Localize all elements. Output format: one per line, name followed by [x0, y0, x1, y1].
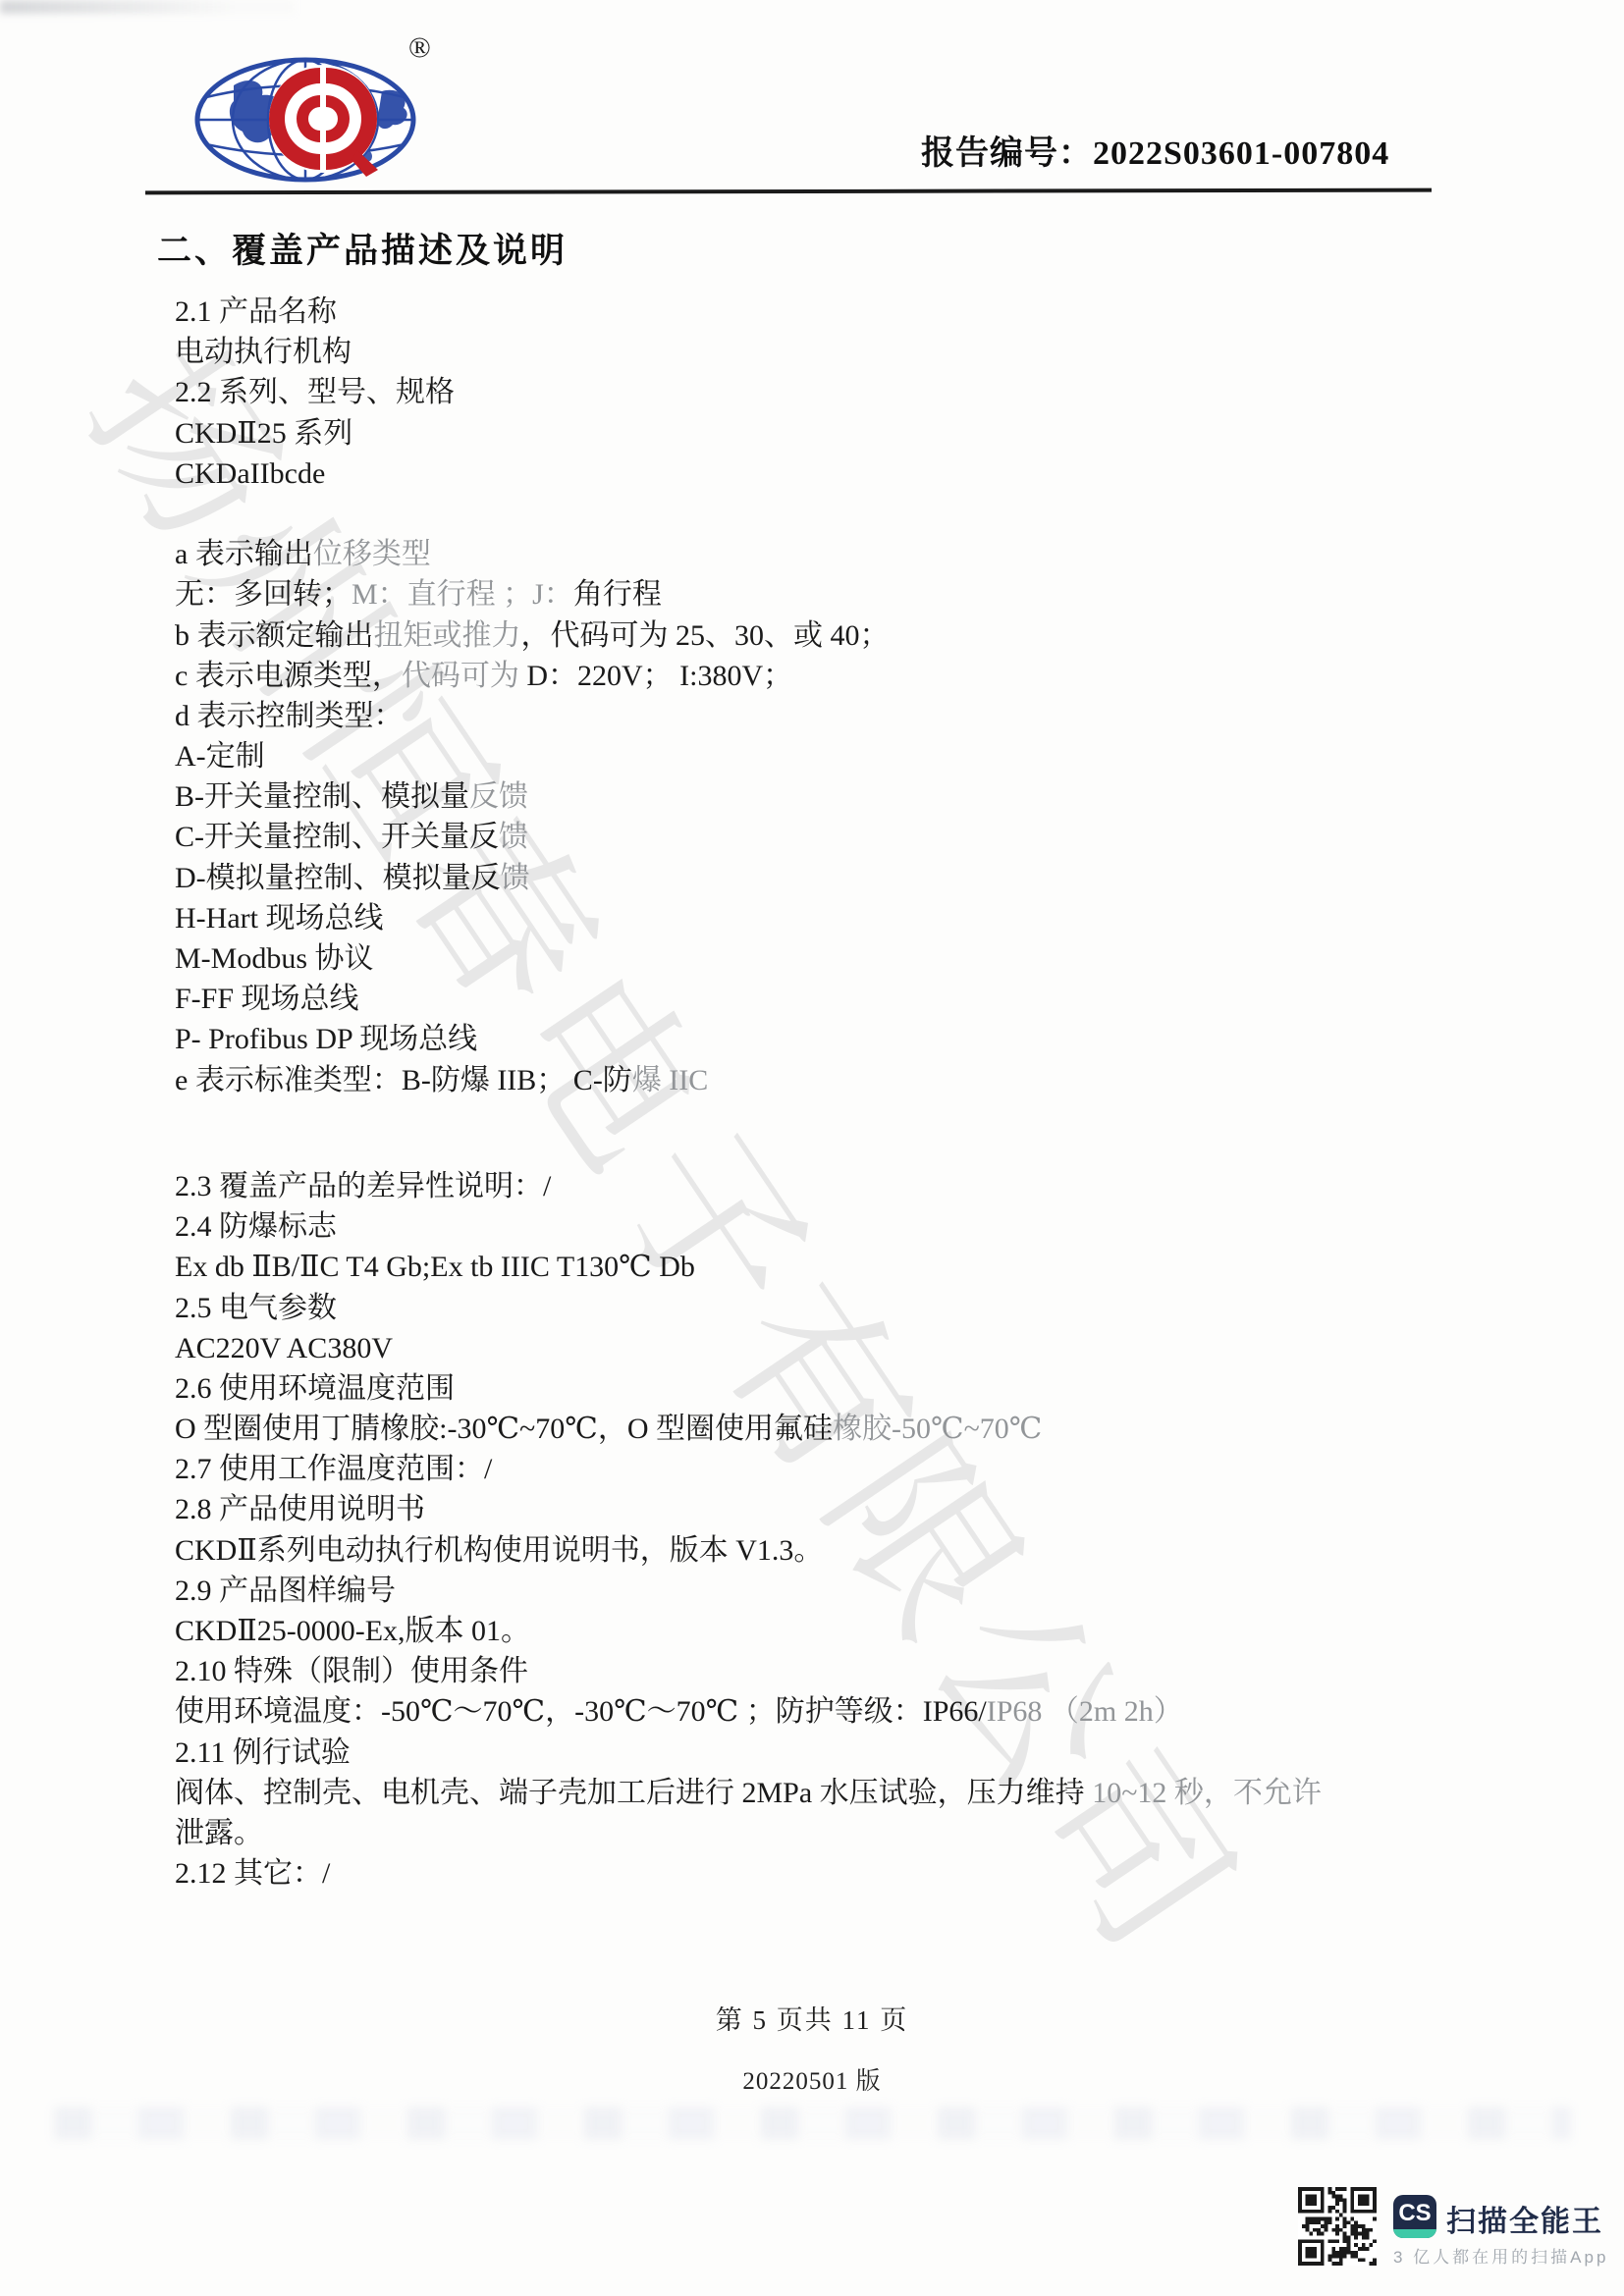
body-line: A-定制: [175, 736, 1510, 776]
body-line: F-FF 现场总线: [175, 979, 1510, 1019]
text-segment: H-Hart 现场总线: [175, 902, 383, 934]
text-segment-light: 橡胶-50℃~70℃: [833, 1413, 1042, 1445]
text-segment: P- Profibus DP 现场总线: [175, 1023, 477, 1055]
camscanner-tagline: 3 亿人都在用的扫描App: [1393, 2243, 1608, 2268]
body-line: CKDⅡ系列电动执行机构使用说明书，版本 V1.3。: [175, 1530, 1510, 1571]
body-line: 阀体、控制壳、电机壳、端子壳加工后进行 2MPa 水压试验，压力维持 10~12…: [175, 1773, 1510, 1813]
text-segment: CKDaIIbcde: [175, 457, 325, 490]
text-segment: 2.9 产品图样编号: [175, 1575, 396, 1607]
body-line: 使用环境温度：-50℃～70℃，-30℃～70℃ ；防护等级：IP66/IP68…: [175, 1691, 1510, 1732]
scanned-document-page: 扬州恒春电子有限公司 ® 报告编号：2022S03601-007804 二、覆盖…: [0, 0, 1624, 2296]
text-segment: C-开关量控制、开关量反: [175, 821, 499, 853]
body-line: 2.12 其它：/: [175, 1853, 1510, 1894]
blank-line: [175, 1100, 1510, 1141]
text-segment: CKDⅡ25 系列: [175, 417, 352, 450]
body-line: 2.7 使用工作温度范围：/: [175, 1449, 1510, 1489]
text-segment: D-模拟量控制、模拟量反: [175, 862, 501, 894]
body-line: a 表示输出位移类型: [175, 534, 1510, 574]
body-line: 2.11 例行试验: [175, 1733, 1510, 1773]
text-segment-light: 反馈: [469, 780, 528, 813]
text-segment: a 表示输出: [175, 538, 313, 570]
camscanner-app-name: 扫描全能王: [1446, 2197, 1603, 2240]
body-line: 2.1 产品名称: [175, 292, 1510, 332]
text-segment: 2.7 使用工作温度范围：/: [175, 1453, 492, 1485]
body-line: 2.4 防爆标志: [175, 1206, 1510, 1247]
body-line: M-Modbus 协议: [175, 938, 1510, 979]
text-segment: 2.12 其它：/: [175, 1857, 330, 1890]
body-line: d 表示控制类型：: [175, 696, 1510, 736]
text-segment: Ex db ⅡB/ⅡC T4 Gb;Ex tb IIIC T130℃ Db: [175, 1251, 695, 1283]
body-line: Ex db ⅡB/ⅡC T4 Gb;Ex tb IIIC T130℃ Db: [175, 1247, 1510, 1287]
text-segment-light: 代码可为: [402, 660, 519, 692]
text-segment-light: 10~12 秒，不允许: [1092, 1777, 1322, 1809]
body-line: e 表示标准类型：B-防爆 IIB； C-防爆 IIC: [175, 1060, 1510, 1100]
body-line: 电动执行机构: [175, 332, 1510, 372]
company-globe-logo: [192, 55, 418, 189]
text-segment: c 表示电源类型，: [175, 660, 402, 692]
body-line: 2.8 产品使用说明书: [175, 1489, 1510, 1529]
text-segment: 使用环境温度：-50℃～70℃，-30℃～70℃ ；防护等级：IP66/: [175, 1695, 987, 1728]
body-line: 2.10 特殊（限制）使用条件: [175, 1651, 1510, 1691]
text-segment-light: IP68 （2m 2h）: [987, 1695, 1183, 1728]
body-line: C-开关量控制、开关量反馈: [175, 817, 1510, 857]
text-segment: D：220V； I:380V；: [519, 660, 792, 692]
text-segment: B-开关量控制、模拟量: [175, 780, 469, 813]
body-line: 无：多回转；M：直行程 ；J：角行程: [175, 574, 1510, 614]
text-segment: 阀体、控制壳、电机壳、端子壳加工后进行 2MPa 水压试验，压力维持: [175, 1777, 1092, 1809]
body-line: 泄露。: [175, 1813, 1510, 1853]
report-number: 报告编号：2022S03601-007804: [921, 126, 1389, 174]
globe-emblem-icon: [192, 55, 418, 185]
blank-line: [175, 494, 1510, 534]
body-line: AC220V AC380V: [175, 1328, 1510, 1368]
body-line: b 表示额定输出扭矩或推力，代码可为 25、30、或 40；: [175, 615, 1510, 656]
line-spacer: [175, 1141, 1510, 1166]
text-segment: 2.8 产品使用说明书: [175, 1493, 425, 1525]
registered-trademark-icon: ®: [408, 31, 431, 65]
text-segment: 泄露。: [175, 1817, 263, 1849]
qr-code-icon: [1298, 2187, 1377, 2266]
text-segment: d 表示控制类型：: [175, 700, 404, 732]
text-segment: AC220V AC380V: [175, 1332, 393, 1364]
scan-edge-smudge: [0, 0, 295, 14]
body-line: 2.3 覆盖产品的差异性说明：/: [175, 1166, 1510, 1206]
text-segment-light: 爆 IIC: [632, 1064, 709, 1096]
text-segment: e 表示标准类型：B-防爆 IIB； C-防: [175, 1064, 632, 1096]
text-segment: b 表示额定输出: [175, 619, 374, 652]
camscanner-logo: CS: [1393, 2195, 1436, 2238]
text-segment: 2.3 覆盖产品的差异性说明：/: [175, 1170, 551, 1202]
body-line: H-Hart 现场总线: [175, 898, 1510, 938]
text-segment: F-FF 现场总线: [175, 983, 359, 1015]
text-segment: 2.10 特殊（限制）使用条件: [175, 1655, 528, 1687]
text-segment-light: 位移类型: [313, 538, 431, 570]
text-segment: 2.11 例行试验: [175, 1736, 351, 1769]
text-segment: 2.1 产品名称: [175, 295, 337, 328]
body-line: O 型圈使用丁腈橡胶:-30℃~70℃，O 型圈使用氟硅橡胶-50℃~70℃: [175, 1409, 1510, 1449]
text-segment-light: 馈: [501, 862, 530, 894]
text-segment: 2.5 电气参数: [175, 1292, 337, 1324]
text-segment: ，代码可为 25、30、或 40；: [521, 619, 890, 652]
text-segment: 2.6 使用环境温度范围: [175, 1372, 455, 1405]
body-line: CKDⅡ25-0000-Ex,版本 01。: [175, 1611, 1510, 1651]
body-line: B-开关量控制、模拟量反馈: [175, 776, 1510, 817]
text-segment: 无：多回转；: [175, 578, 352, 611]
page-indicator: 第 5 页共 11 页: [0, 1999, 1624, 2037]
text-segment-light: 扭矩或推力: [374, 619, 521, 652]
text-segment-light: M：直行程 ；J：: [352, 578, 573, 611]
text-segment: 2.4 防爆标志: [175, 1210, 337, 1243]
text-segment: CKDⅡ系列电动执行机构使用说明书，版本 V1.3。: [175, 1534, 823, 1567]
text-segment: CKDⅡ25-0000-Ex,版本 01。: [175, 1615, 530, 1647]
body-line: 2.9 产品图样编号: [175, 1571, 1510, 1611]
version-label: 20220501 版: [0, 2061, 1624, 2097]
text-segment: 电动执行机构: [175, 336, 352, 368]
body-line: CKDⅡ25 系列: [175, 413, 1510, 454]
body-line: c 表示电源类型，代码可为 D：220V； I:380V；: [175, 656, 1510, 696]
document-body: 2.1 产品名称电动执行机构2.2 系列、型号、规格CKDⅡ25 系列CKDaI…: [175, 292, 1510, 1894]
body-line: 2.2 系列、型号、规格: [175, 372, 1510, 412]
body-line: CKDaIIbcde: [175, 454, 1510, 494]
scan-shadow-band: [54, 2107, 1571, 2140]
camscanner-logo-text: CS: [1393, 2195, 1436, 2232]
text-segment: M-Modbus 协议: [175, 942, 374, 975]
text-segment: 2.2 系列、型号、规格: [175, 376, 455, 408]
body-line: 2.6 使用环境温度范围: [175, 1368, 1510, 1409]
body-line: 2.5 电气参数: [175, 1288, 1510, 1328]
section-title: 二、覆盖产品描述及说明: [157, 224, 568, 273]
text-segment: O 型圈使用丁腈橡胶:-30℃~70℃，O 型圈使用氟硅: [175, 1413, 833, 1445]
text-segment: 角行程: [573, 578, 662, 611]
body-line: D-模拟量控制、模拟量反馈: [175, 858, 1510, 898]
text-segment-light: 馈: [499, 821, 528, 853]
text-segment: A-定制: [175, 740, 265, 773]
body-line: P- Profibus DP 现场总线: [175, 1019, 1510, 1059]
